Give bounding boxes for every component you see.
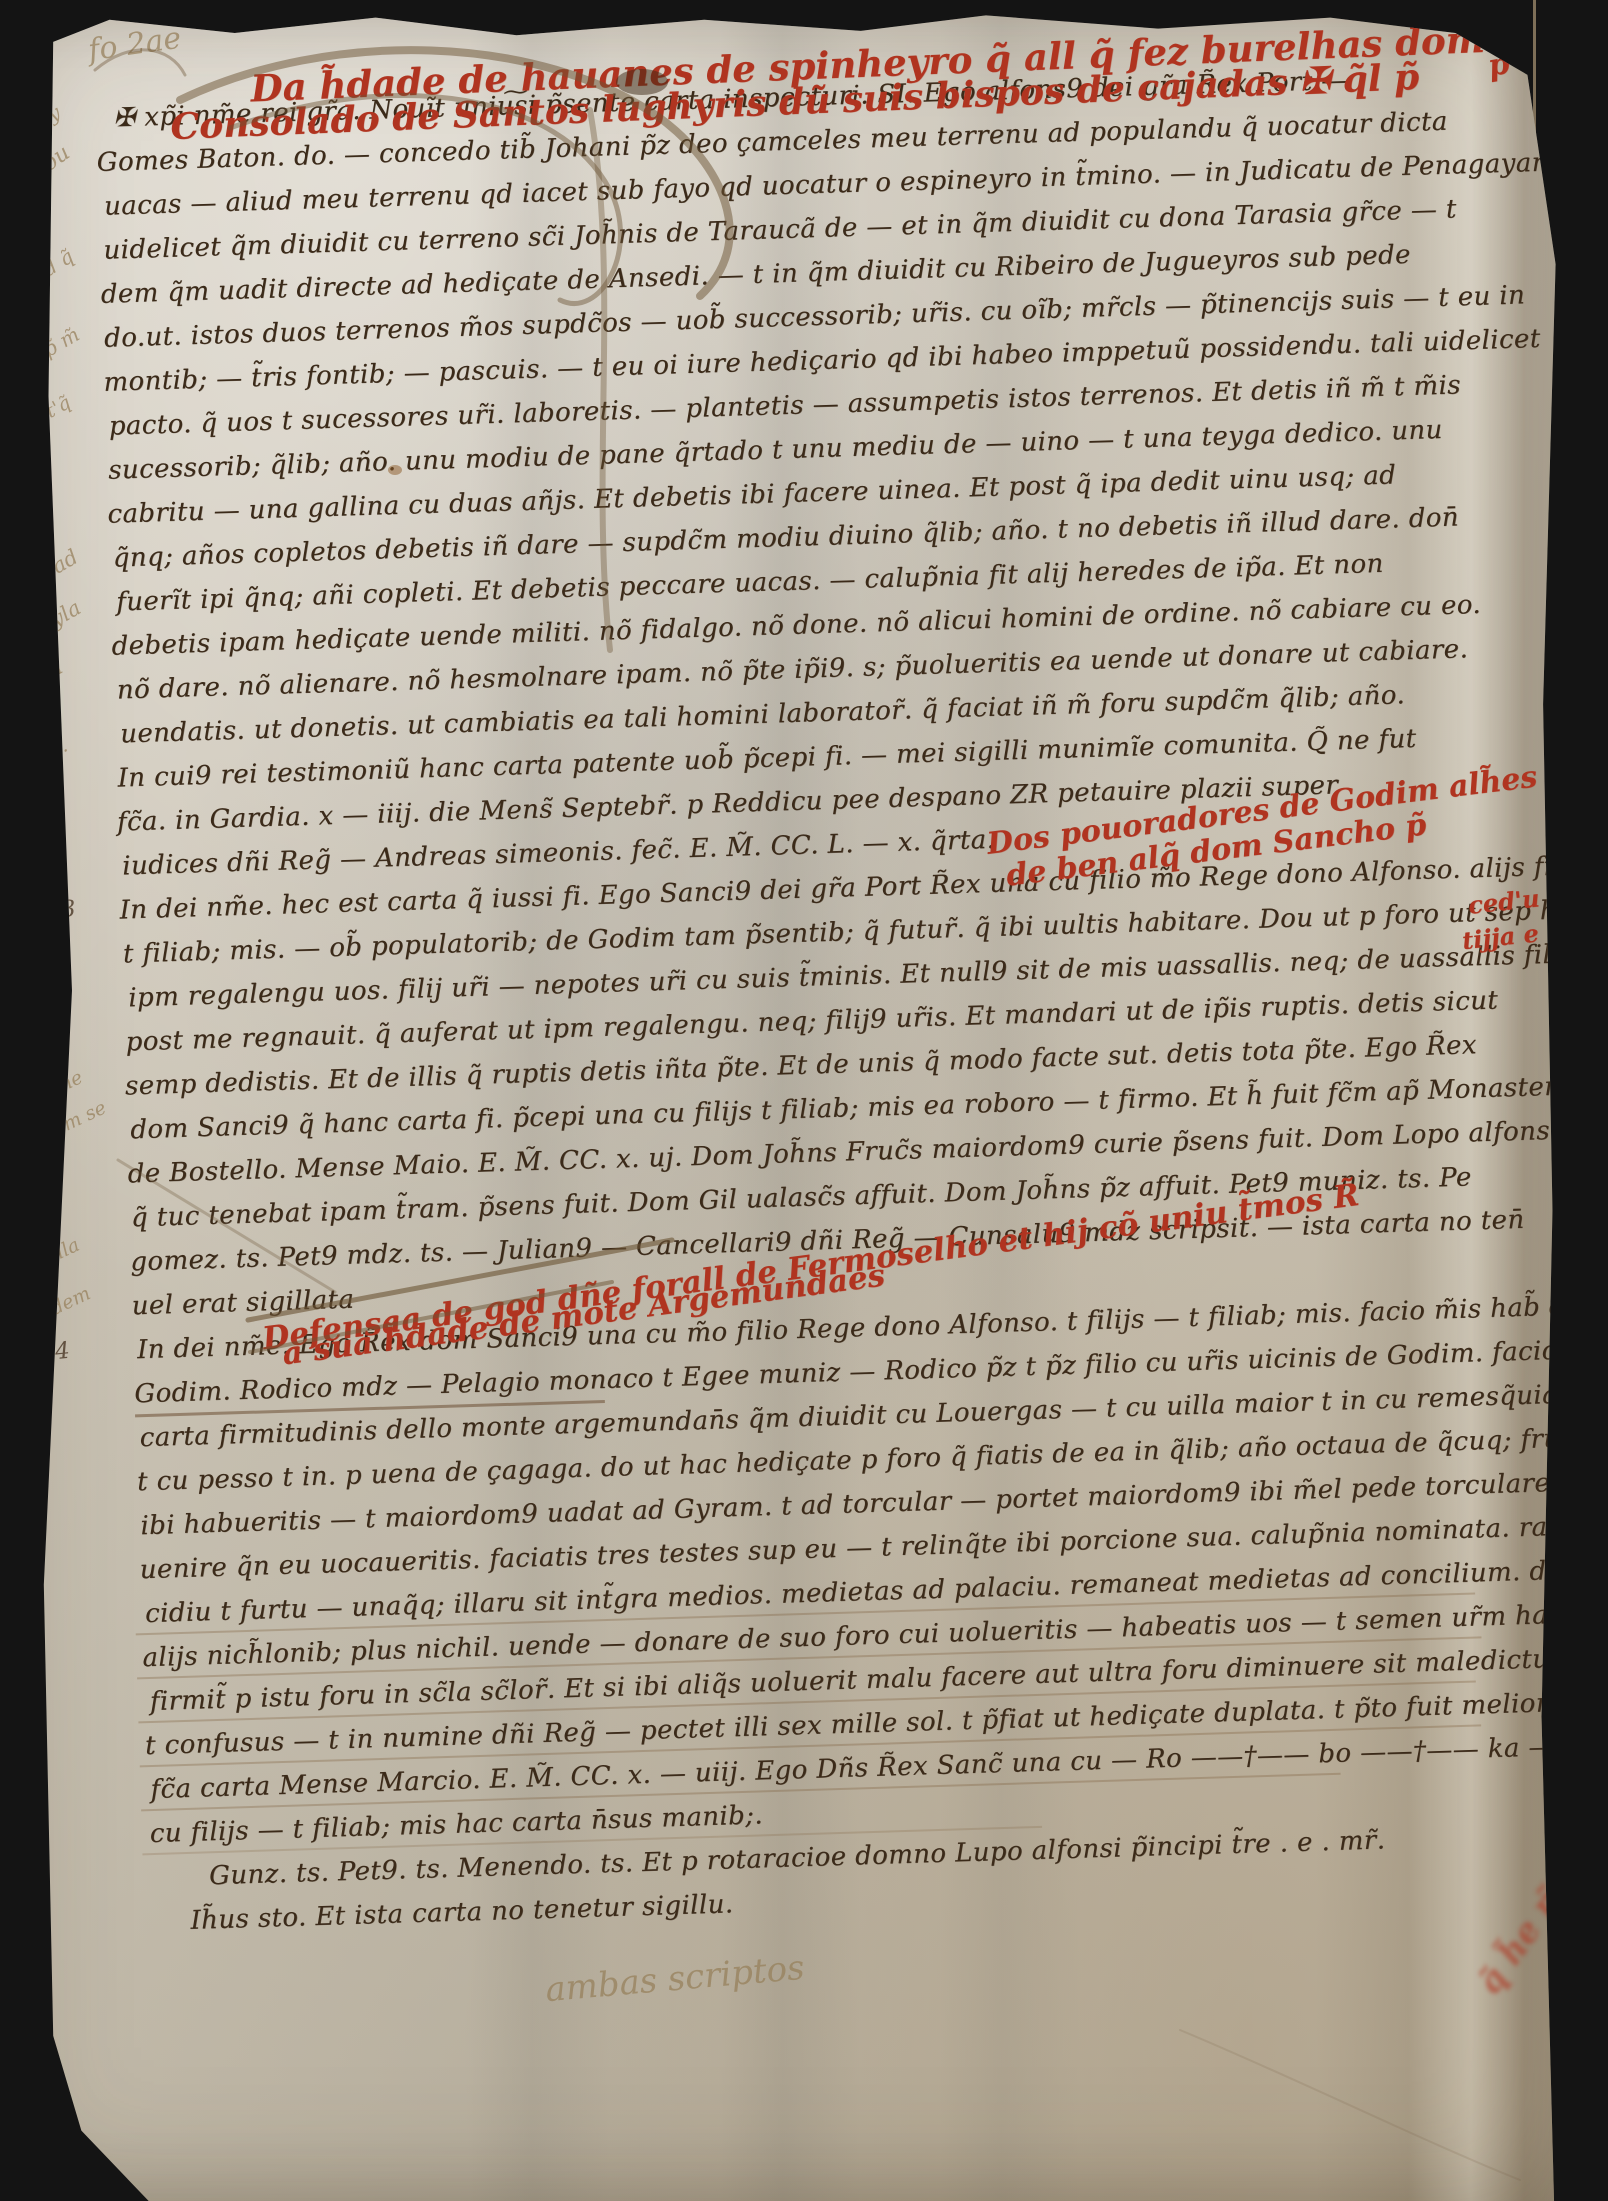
marginal-note: ral <box>31 656 67 688</box>
marginal-note: deyla <box>25 597 85 644</box>
manuscript-lines: ✠ xp̃i nm̃e rei gr̃a. Nouĩt uniu͠si p̃se… <box>92 0 1511 6</box>
charter-number: 103 <box>29 898 78 925</box>
manuscript-line: iudices dñi Reg̃ — Andreas simeonis. fec… <box>122 827 996 880</box>
marginal-note: d ne <box>40 1068 86 1103</box>
manuscript-text-layer: ✠ xp̃i nm̃e rei gr̃a. Nouĩt uniu͠si p̃se… <box>92 0 1578 2195</box>
manuscript-line: cu filijs — t filiab; mis hac carta n̄su… <box>149 1802 763 1847</box>
marginal-note: p̃ m̃ <box>40 324 83 360</box>
marginal-note: ud q̃ <box>28 246 77 287</box>
parchment-page: ✠ xp̃i nm̃e rei gr̃a. Nouĩt uniu͠si p̃se… <box>0 0 1565 2201</box>
marginal-note: m̃a <box>37 1035 72 1065</box>
marginal-note: mr̃a. <box>22 736 70 770</box>
manuscript-line: Ih̃us sto. Et ista carta no tenetur sigi… <box>190 1891 734 1934</box>
marginal-note: ruay <box>14 102 64 142</box>
marginal-note: dem <box>48 1284 94 1319</box>
marginal-note: gou <box>27 142 74 184</box>
photo-backdrop: ✠ xp̃i nm̃e rei gr̃a. Nouĩt uniu͠si p̃se… <box>0 0 1608 2201</box>
charter-number: 104 <box>23 1340 72 1368</box>
marginal-note: dem se <box>39 1098 109 1144</box>
marginal-note: t'q̃ <box>43 393 74 422</box>
marginal-note: abad <box>26 546 81 590</box>
marginal-note: vila <box>44 1236 83 1268</box>
stain-spot <box>0 625 6 635</box>
